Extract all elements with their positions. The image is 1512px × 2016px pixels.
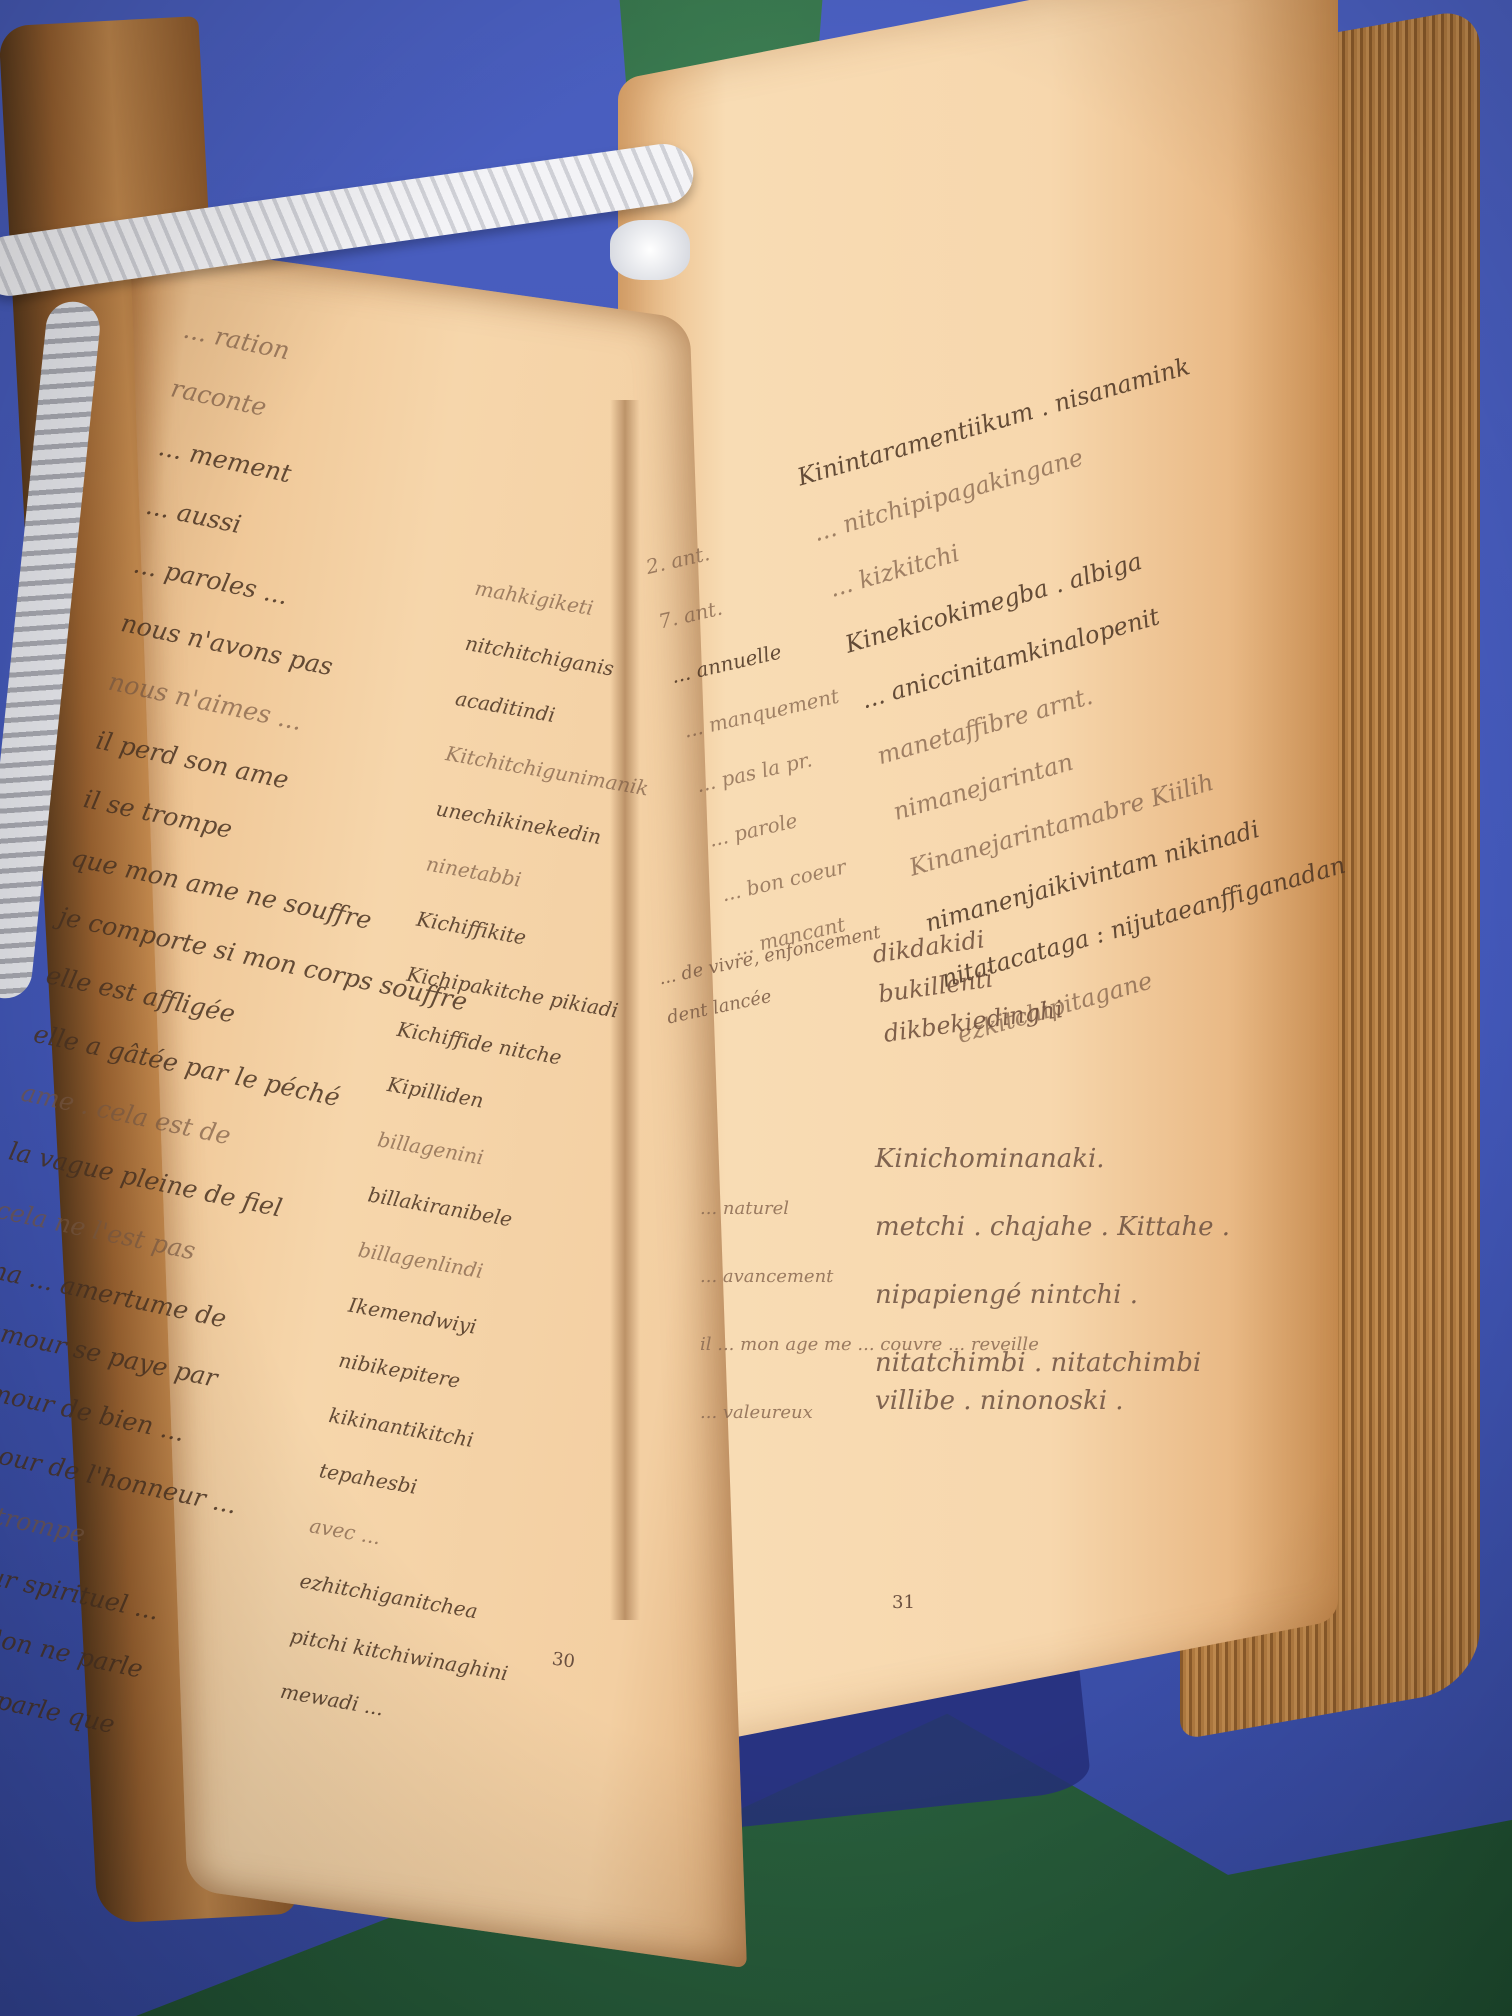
cord-bookmark-tassel — [610, 220, 690, 280]
handwritten-entry: villibe . ninonoski . — [875, 1367, 1230, 1435]
photo-scene: ... ration raconte ... mement ... aussi … — [0, 0, 1512, 2016]
left-page-number: 30 — [551, 1649, 577, 1673]
right-page-number: 31 — [892, 1592, 915, 1613]
handwritten-entry: Kinichominanaki. — [875, 1125, 1230, 1193]
handwritten-entry: nipapiengé nintchi . — [875, 1261, 1230, 1329]
right-page-lower-native: Kinichominanaki. metchi . chajahe . Kitt… — [875, 1125, 1230, 1435]
handwritten-entry: metchi . chajahe . Kittahe . — [875, 1193, 1230, 1261]
right-page-middle-entries: dikdakidi bukillenti dikbekiedinghi — [870, 910, 1066, 1054]
